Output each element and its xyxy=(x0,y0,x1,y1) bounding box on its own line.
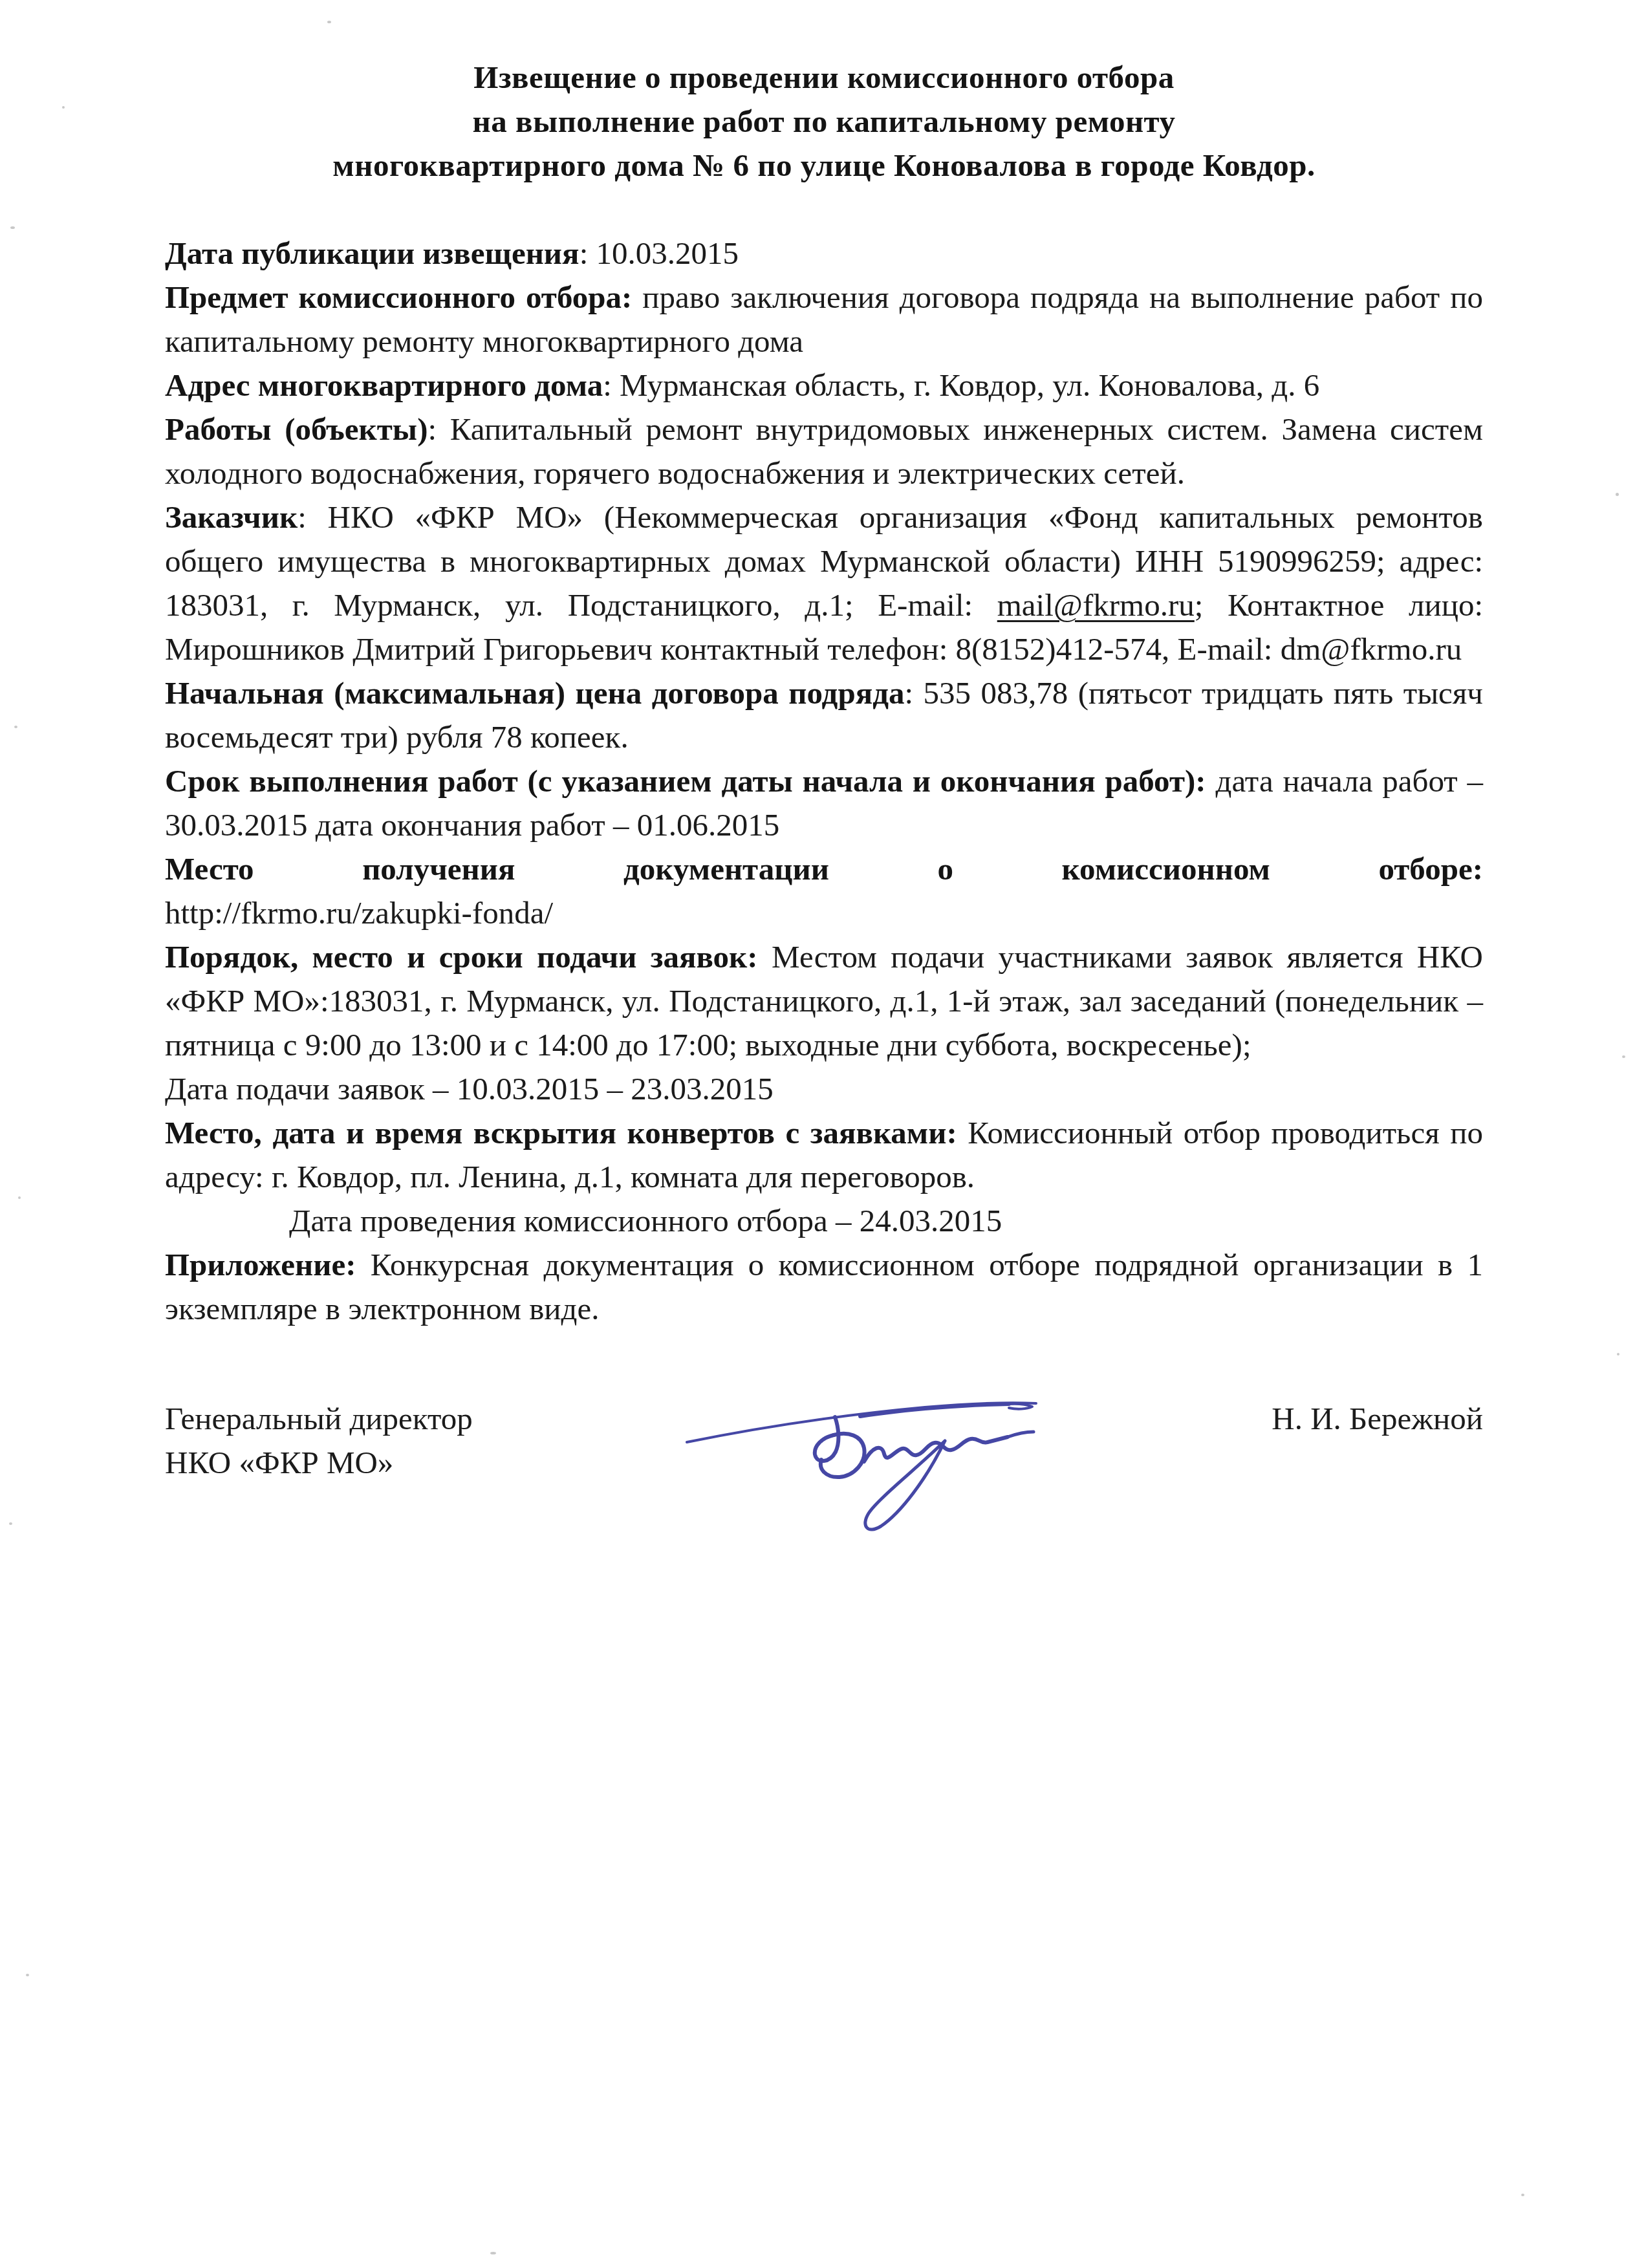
doc-location-url: http://fkrmo.ru/zakupki-fonda/ xyxy=(165,891,1483,935)
paragraph-label: Место, дата и время вскрытия конвертов с… xyxy=(165,1115,957,1150)
paragraph-address: Адрес многоквартирного дома: Мурманская … xyxy=(165,363,1483,407)
signer-name: Н. И. Бережной xyxy=(1272,1397,1483,1441)
scan-speck xyxy=(1521,2194,1524,2196)
scan-speck xyxy=(490,2252,496,2254)
paragraph-label: Приложение: xyxy=(165,1247,356,1282)
title-line-3: многоквартирного дома № 6 по улице Конов… xyxy=(165,144,1483,188)
paragraph-application-dates: Дата подачи заявок – 10.03.2015 – 23.03.… xyxy=(165,1067,1483,1111)
scan-speck xyxy=(1617,1353,1619,1355)
paragraph-label: Работы (объекты) xyxy=(165,411,428,447)
paragraph-label: Порядок, место и сроки подачи заявок: xyxy=(165,939,758,975)
paragraph-label: Начальная (максимальная) цена договора п… xyxy=(165,675,904,711)
paragraph-application-order: Порядок, место и сроки подачи заявок: Ме… xyxy=(165,935,1483,1067)
signer-position-line-1: Генеральный директор xyxy=(165,1397,473,1441)
paragraph-label: Предмет комиссионного отбора: xyxy=(165,279,632,315)
paragraph-work-period: Срок выполнения работ (с указанием даты … xyxy=(165,759,1483,847)
paragraph-label: Срок выполнения работ (с указанием даты … xyxy=(165,763,1206,799)
paragraph-label: Место получения документации о комиссион… xyxy=(165,847,1483,891)
paragraph-publish-date: Дата публикации извещения: 10.03.2015 xyxy=(165,232,1483,275)
scan-speck xyxy=(1616,493,1619,496)
paragraph-selection-date: Дата проведения комиссионного отбора – 2… xyxy=(165,1199,1483,1243)
scan-speck xyxy=(14,726,17,728)
scan-speck xyxy=(18,1196,21,1199)
scan-speck xyxy=(10,226,15,229)
title-line-2: на выполнение работ по капитальному ремо… xyxy=(165,100,1483,144)
scan-speck xyxy=(9,1522,12,1525)
paragraph-label: Заказчик xyxy=(165,499,298,535)
paragraph-label: Дата публикации извещения xyxy=(165,235,579,271)
paragraph-label: Адрес многоквартирного дома xyxy=(165,367,603,403)
paragraph-start-price: Начальная (максимальная) цена договора п… xyxy=(165,671,1483,759)
scan-speck xyxy=(327,21,331,23)
paragraph-attachment: Приложение: Конкурсная документация о ко… xyxy=(165,1243,1483,1331)
scan-speck xyxy=(26,1974,29,1976)
scan-speck xyxy=(1622,1055,1625,1058)
paragraph-text: Дата проведения комиссионного отбора – 2… xyxy=(289,1203,1002,1238)
signer-position: Генеральный директор НКО «ФКР МО» xyxy=(165,1397,473,1485)
paragraph-customer: Заказчик: НКО «ФКР МО» (Некоммерческая о… xyxy=(165,495,1483,671)
paragraph-text: : Мурманская область, г. Ковдор, ул. Кон… xyxy=(603,367,1319,403)
handwritten-signature xyxy=(647,1324,1099,1551)
document-body: Извещение о проведении комиссионного отб… xyxy=(165,56,1483,1485)
customer-email: mail@fkrmo.ru xyxy=(997,587,1195,623)
paragraph-envelope-opening: Место, дата и время вскрытия конвертов с… xyxy=(165,1111,1483,1199)
title-line-1: Извещение о проведении комиссионного отб… xyxy=(165,56,1483,100)
paragraph-works: Работы (объекты): Капитальный ремонт вну… xyxy=(165,407,1483,495)
paragraph-text: Дата подачи заявок – 10.03.2015 – 23.03.… xyxy=(165,1071,774,1107)
paragraph-text: : 10.03.2015 xyxy=(579,235,739,271)
document-title: Извещение о проведении комиссионного отб… xyxy=(165,56,1483,188)
signature-block: Генеральный директор НКО «ФКР МО» Н. И. … xyxy=(165,1397,1483,1485)
paragraph-text: Конкурсная документация о комиссионном о… xyxy=(165,1247,1483,1326)
scan-speck xyxy=(62,106,65,109)
paragraph-doc-location: Место получения документации о комиссион… xyxy=(165,847,1483,935)
signer-position-line-2: НКО «ФКР МО» xyxy=(165,1441,473,1485)
paragraph-subject: Предмет комиссионного отбора: право закл… xyxy=(165,275,1483,363)
scanned-document-page: { "document": { "title_lines": [ "Извеще… xyxy=(0,0,1635,2268)
